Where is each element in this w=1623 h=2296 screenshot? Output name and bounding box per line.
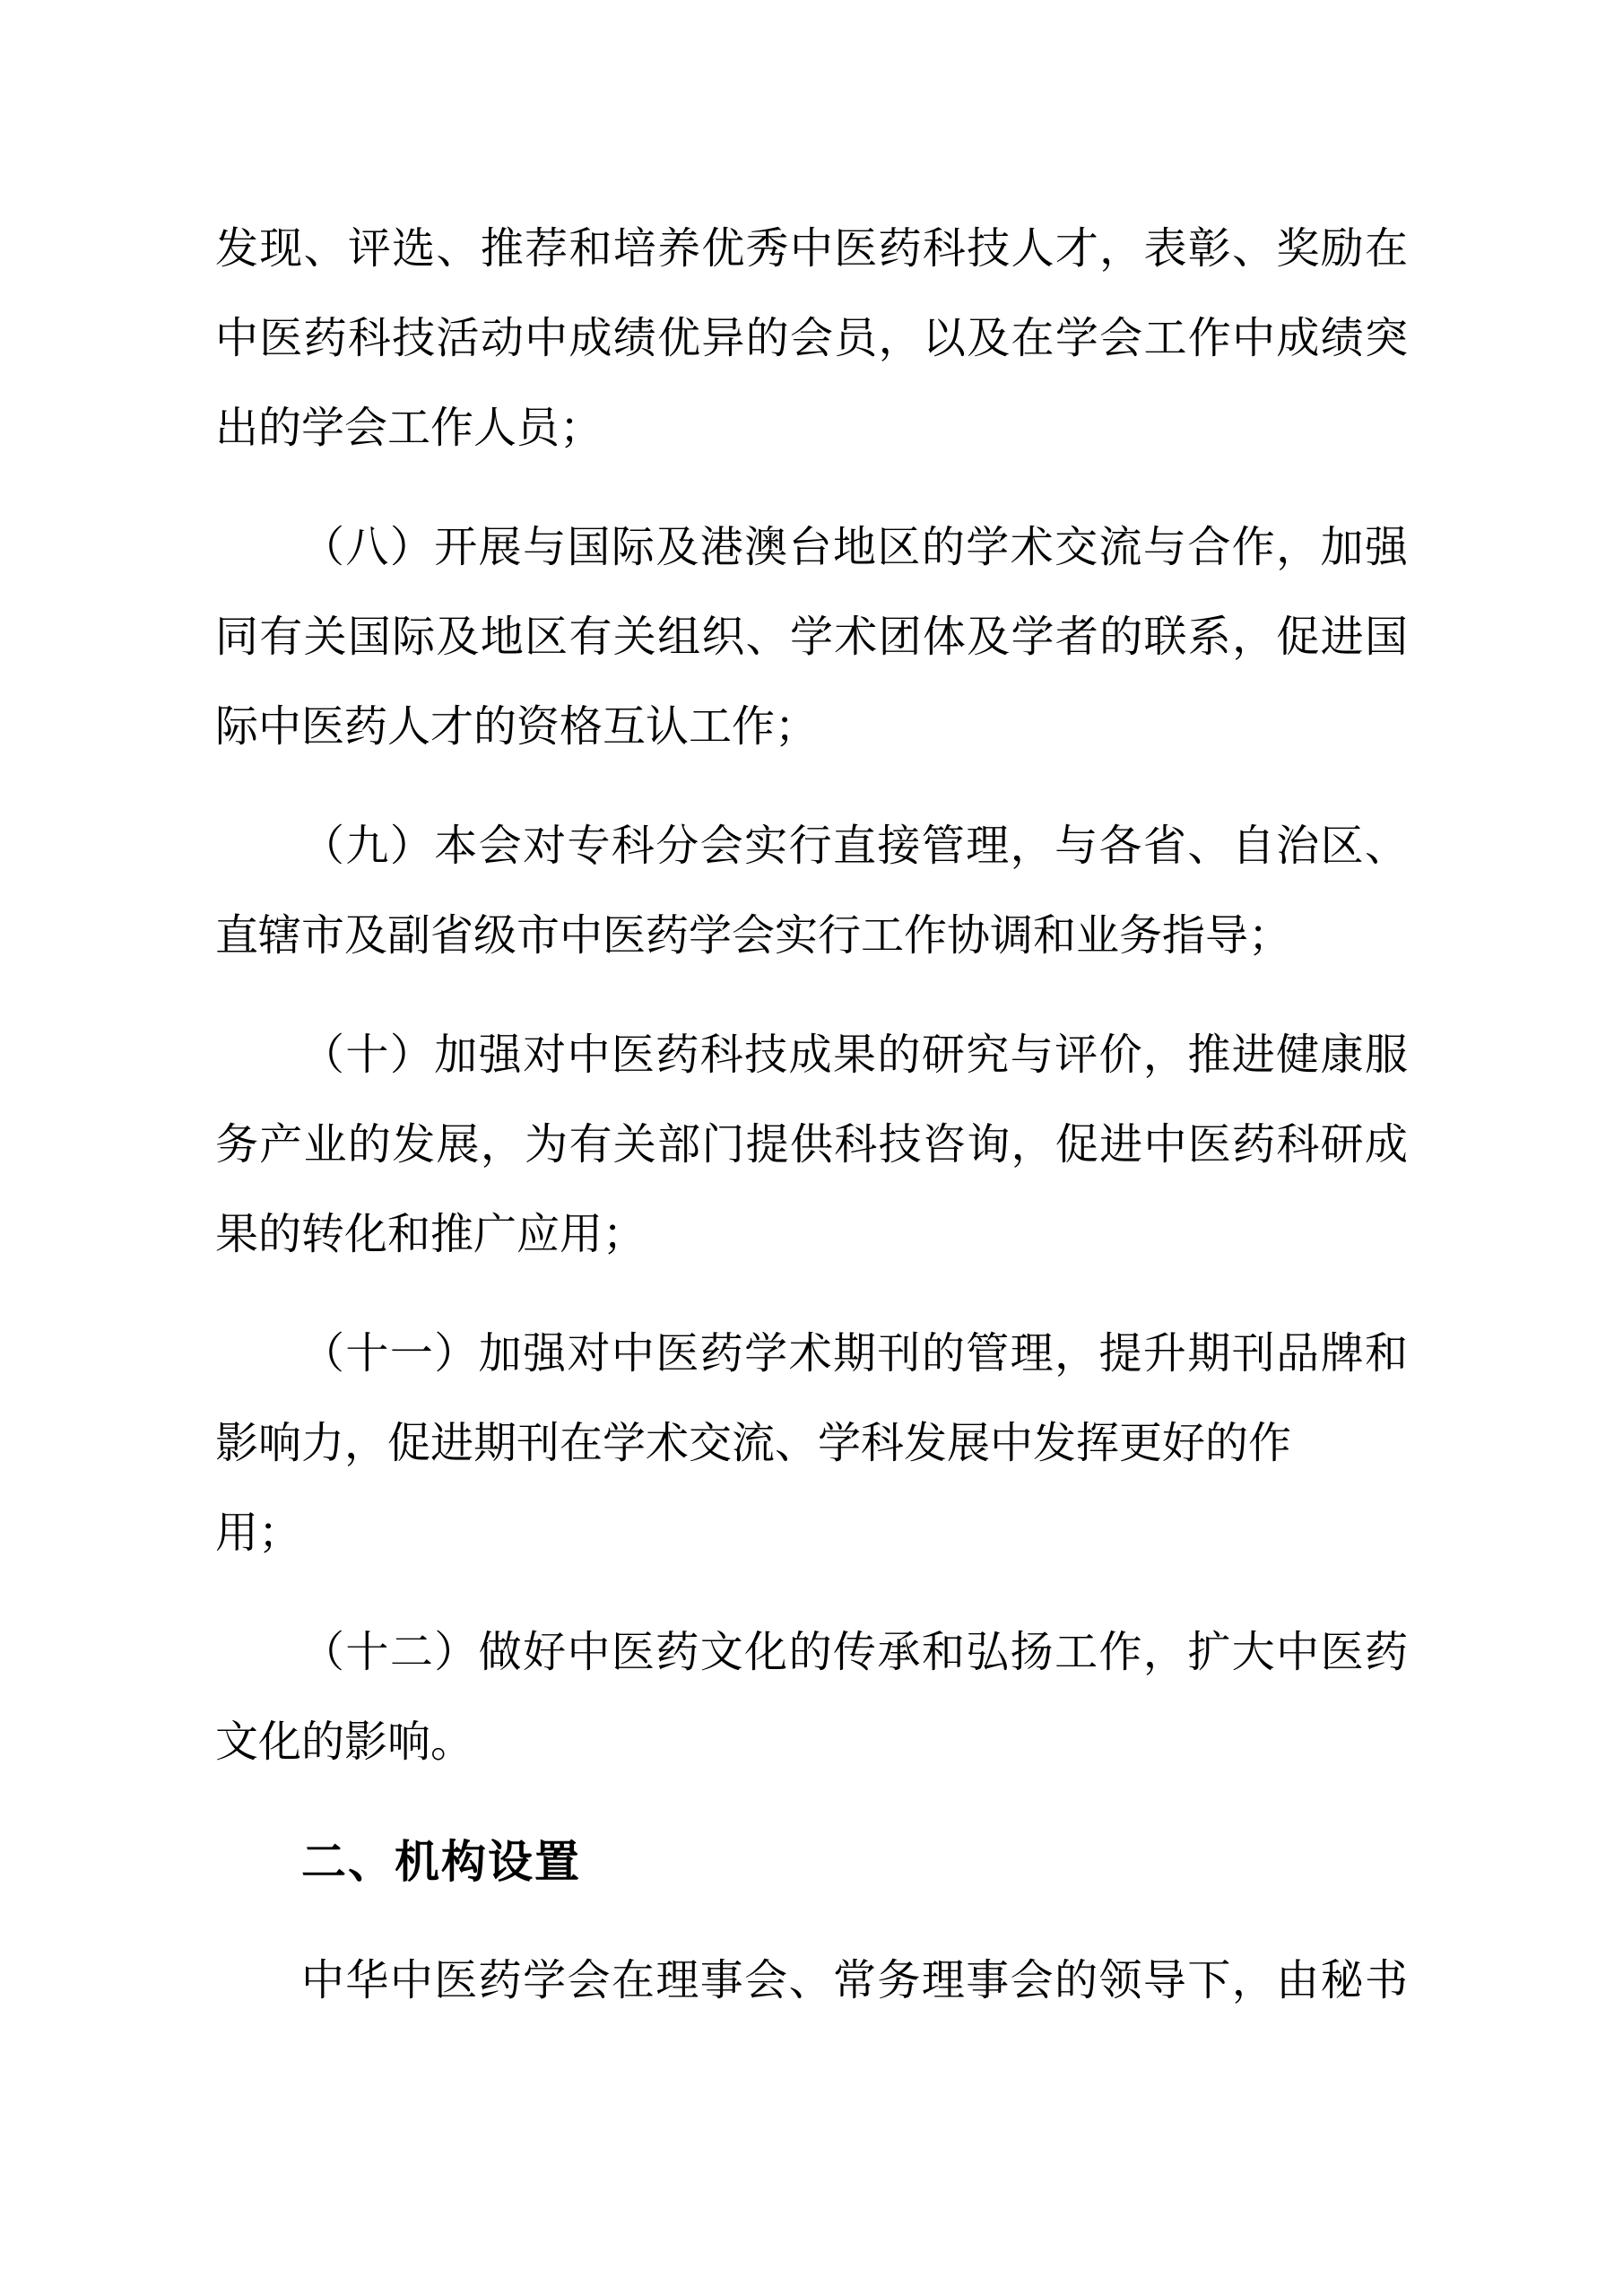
paragraph-item-8: （八）开展与国际及港澳台地区的学术交流与合作，加强 同有关国际及地区有关组织、学… [215, 503, 1408, 772]
text-line: 发现、评选、推荐和培养优秀中医药科技人才，表彰、奖励在 [215, 204, 1408, 294]
text-line: 用； [215, 1489, 1408, 1578]
text-line: 影响力，促进期刊在学术交流、学科发展中发挥更好的作 [215, 1399, 1408, 1489]
text-line: （八）开展与国际及港澳台地区的学术交流与合作，加强 [215, 503, 1408, 593]
text-line: 文化的影响。 [215, 1698, 1408, 1787]
paragraph-item-11: （十一）加强对中医药学术期刊的管理，提升期刊品牌和 影响力，促进期刊在学术交流、… [215, 1309, 1408, 1578]
text-line: 果的转化和推广应用； [215, 1190, 1408, 1280]
text-line: 中华中医药学会在理事会、常务理事会的领导下，由秘书 [215, 1936, 1408, 2026]
paragraph-item-9: （九）本会对专科分会实行直接管理，与各省、自治区、 直辖市及副省级市中医药学会实… [215, 802, 1408, 981]
paragraph-secretariat-intro: 中华中医药学会在理事会、常务理事会的领导下，由秘书 [215, 1936, 1408, 2026]
paragraph-item-12: （十二）做好中医药文化的传承和弘扬工作，扩大中医药 文化的影响。 [215, 1608, 1408, 1787]
text-line: （十二）做好中医药文化的传承和弘扬工作，扩大中医药 [215, 1608, 1408, 1698]
text-line: 直辖市及副省级市中医药学会实行工作协调和业务指导； [215, 891, 1408, 981]
text-line: （十）加强对中医药科技成果的研究与评价，推进健康服 [215, 1011, 1408, 1100]
text-line: 际中医药人才的资格互认工作； [215, 683, 1408, 772]
text-line: （九）本会对专科分会实行直接管理，与各省、自治区、 [215, 802, 1408, 891]
text-line: 务产业的发展，为有关部门提供科技咨询，促进中医药科研成 [215, 1100, 1408, 1190]
text-line: （十一）加强对中医药学术期刊的管理，提升期刊品牌和 [215, 1309, 1408, 1399]
text-line: 出的学会工作人员； [215, 384, 1408, 474]
text-line: 中医药科技活动中成绩优异的会员，以及在学会工作中成绩突 [215, 294, 1408, 384]
text-line: 同有关国际及地区有关组织、学术团体及学者的联系，促进国 [215, 593, 1408, 683]
paragraph-continued-from-previous-page: 发现、评选、推荐和培养优秀中医药科技人才，表彰、奖励在 中医药科技活动中成绩优异… [215, 204, 1408, 474]
document-page: 发现、评选、推荐和培养优秀中医药科技人才，表彰、奖励在 中医药科技活动中成绩优异… [0, 0, 1623, 2296]
section-heading-organization-setup: 二、机构设置 [215, 1817, 1408, 1907]
paragraph-item-10: （十）加强对中医药科技成果的研究与评价，推进健康服 务产业的发展，为有关部门提供… [215, 1011, 1408, 1280]
